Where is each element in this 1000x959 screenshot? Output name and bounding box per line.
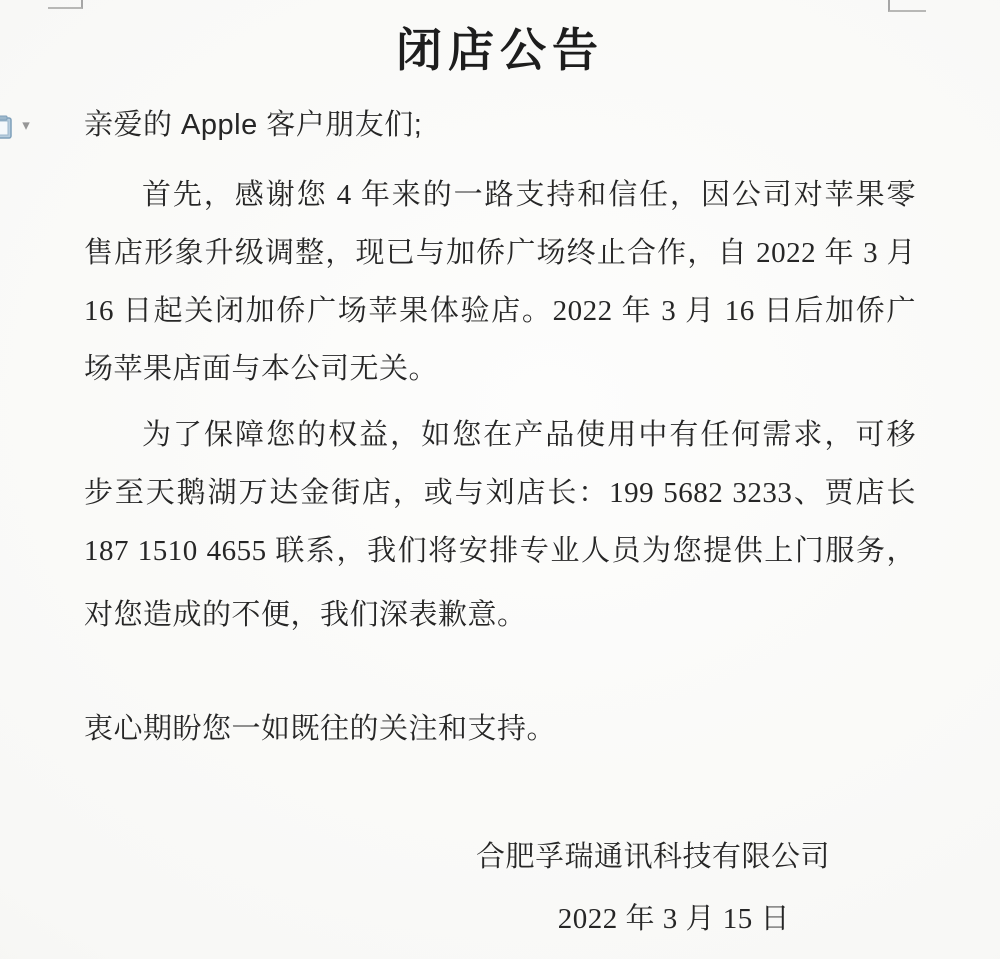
margin-crop-mark-left-icon	[48, 0, 83, 9]
body-line: 场苹果店面与本公司无关。	[84, 348, 916, 390]
salutation-line: 亲爱的 Apple 客户朋友们;	[84, 104, 916, 146]
body-line: 16 日起关闭加侨广场苹果体验店。2022 年 3 月 16 日后加侨广	[84, 290, 916, 332]
body-line: 首先，感谢您 4 年来的一路支持和信任，因公司对苹果零	[84, 174, 916, 216]
signature-line: 合肥孚瑞通讯科技有限公司	[84, 836, 916, 878]
body-line: 售店形象升级调整，现已与加侨广场终止合作，自 2022 年 3 月	[84, 232, 916, 274]
date-line: 2022 年 3 月 15 日	[84, 898, 916, 940]
closing-line: 衷心期盼您一如既往的关注和支持。	[84, 708, 916, 750]
body-line: 对您造成的不便，我们深表歉意。	[84, 594, 916, 636]
paste-options-icon[interactable]	[0, 115, 13, 139]
body-line: 为了保障您的权益，如您在产品使用中有任何需求，可移	[84, 414, 916, 456]
page-title: 闭店公告	[84, 14, 916, 80]
body-line: 187 1510 4655 联系，我们将安排专业人员为您提供上门服务，	[84, 530, 916, 572]
document-page: ▾ 闭店公告 亲爱的 Apple 客户朋友们; 首先，感谢您 4 年来的一路支持…	[0, 0, 1000, 959]
chevron-down-icon[interactable]: ▾	[17, 116, 35, 134]
body-line: 步至天鹅湖万达金街店，或与刘店长：199 5682 3233、贾店长	[84, 472, 916, 514]
margin-crop-mark-right-icon	[888, 0, 926, 12]
clipboard-icon	[0, 115, 13, 139]
